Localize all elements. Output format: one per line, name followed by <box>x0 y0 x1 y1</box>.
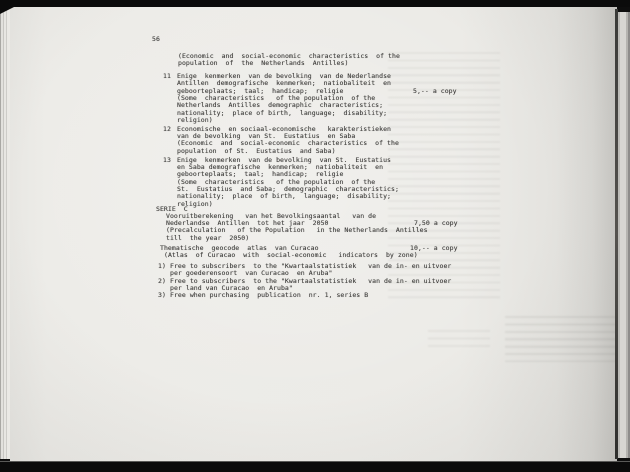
footnote-number: 3) <box>158 292 166 299</box>
text-line: till the year 2050) <box>166 235 249 242</box>
item-number: 11 <box>163 73 171 80</box>
text-line: population of the Netherlands Antilles) <box>178 60 348 67</box>
item-number: 12 <box>163 126 171 133</box>
price-label: 5,-- a copy <box>413 88 457 95</box>
footnote-number: 1) <box>158 263 166 270</box>
text-line: religion) <box>177 117 213 124</box>
text-line: population of St. Eustatius and Saba) <box>177 148 336 155</box>
price-label: 7,50 a copy <box>414 220 458 227</box>
text-line: (Atlas of Curacao with social-economic i… <box>164 252 418 259</box>
scanned-book-page: { "page_number": "56", "colors": { "pape… <box>0 0 630 472</box>
scanner-frame-bottom <box>0 461 630 472</box>
text-line: Free when purchasing publication nr. 1, … <box>170 292 368 299</box>
scanner-frame-top <box>0 0 630 7</box>
bleed-through-artifact <box>428 330 490 352</box>
page-number: 56 <box>152 36 160 43</box>
next-page-edge <box>618 12 630 458</box>
bleed-through-artifact <box>505 316 623 362</box>
scan-background: 56 (Economic and social-economic charact… <box>0 0 630 472</box>
scanner-frame-corner <box>0 7 14 14</box>
footnote-number: 2) <box>158 278 166 285</box>
price-label: 10,-- a copy <box>410 245 458 252</box>
item-number: 13 <box>163 157 171 164</box>
